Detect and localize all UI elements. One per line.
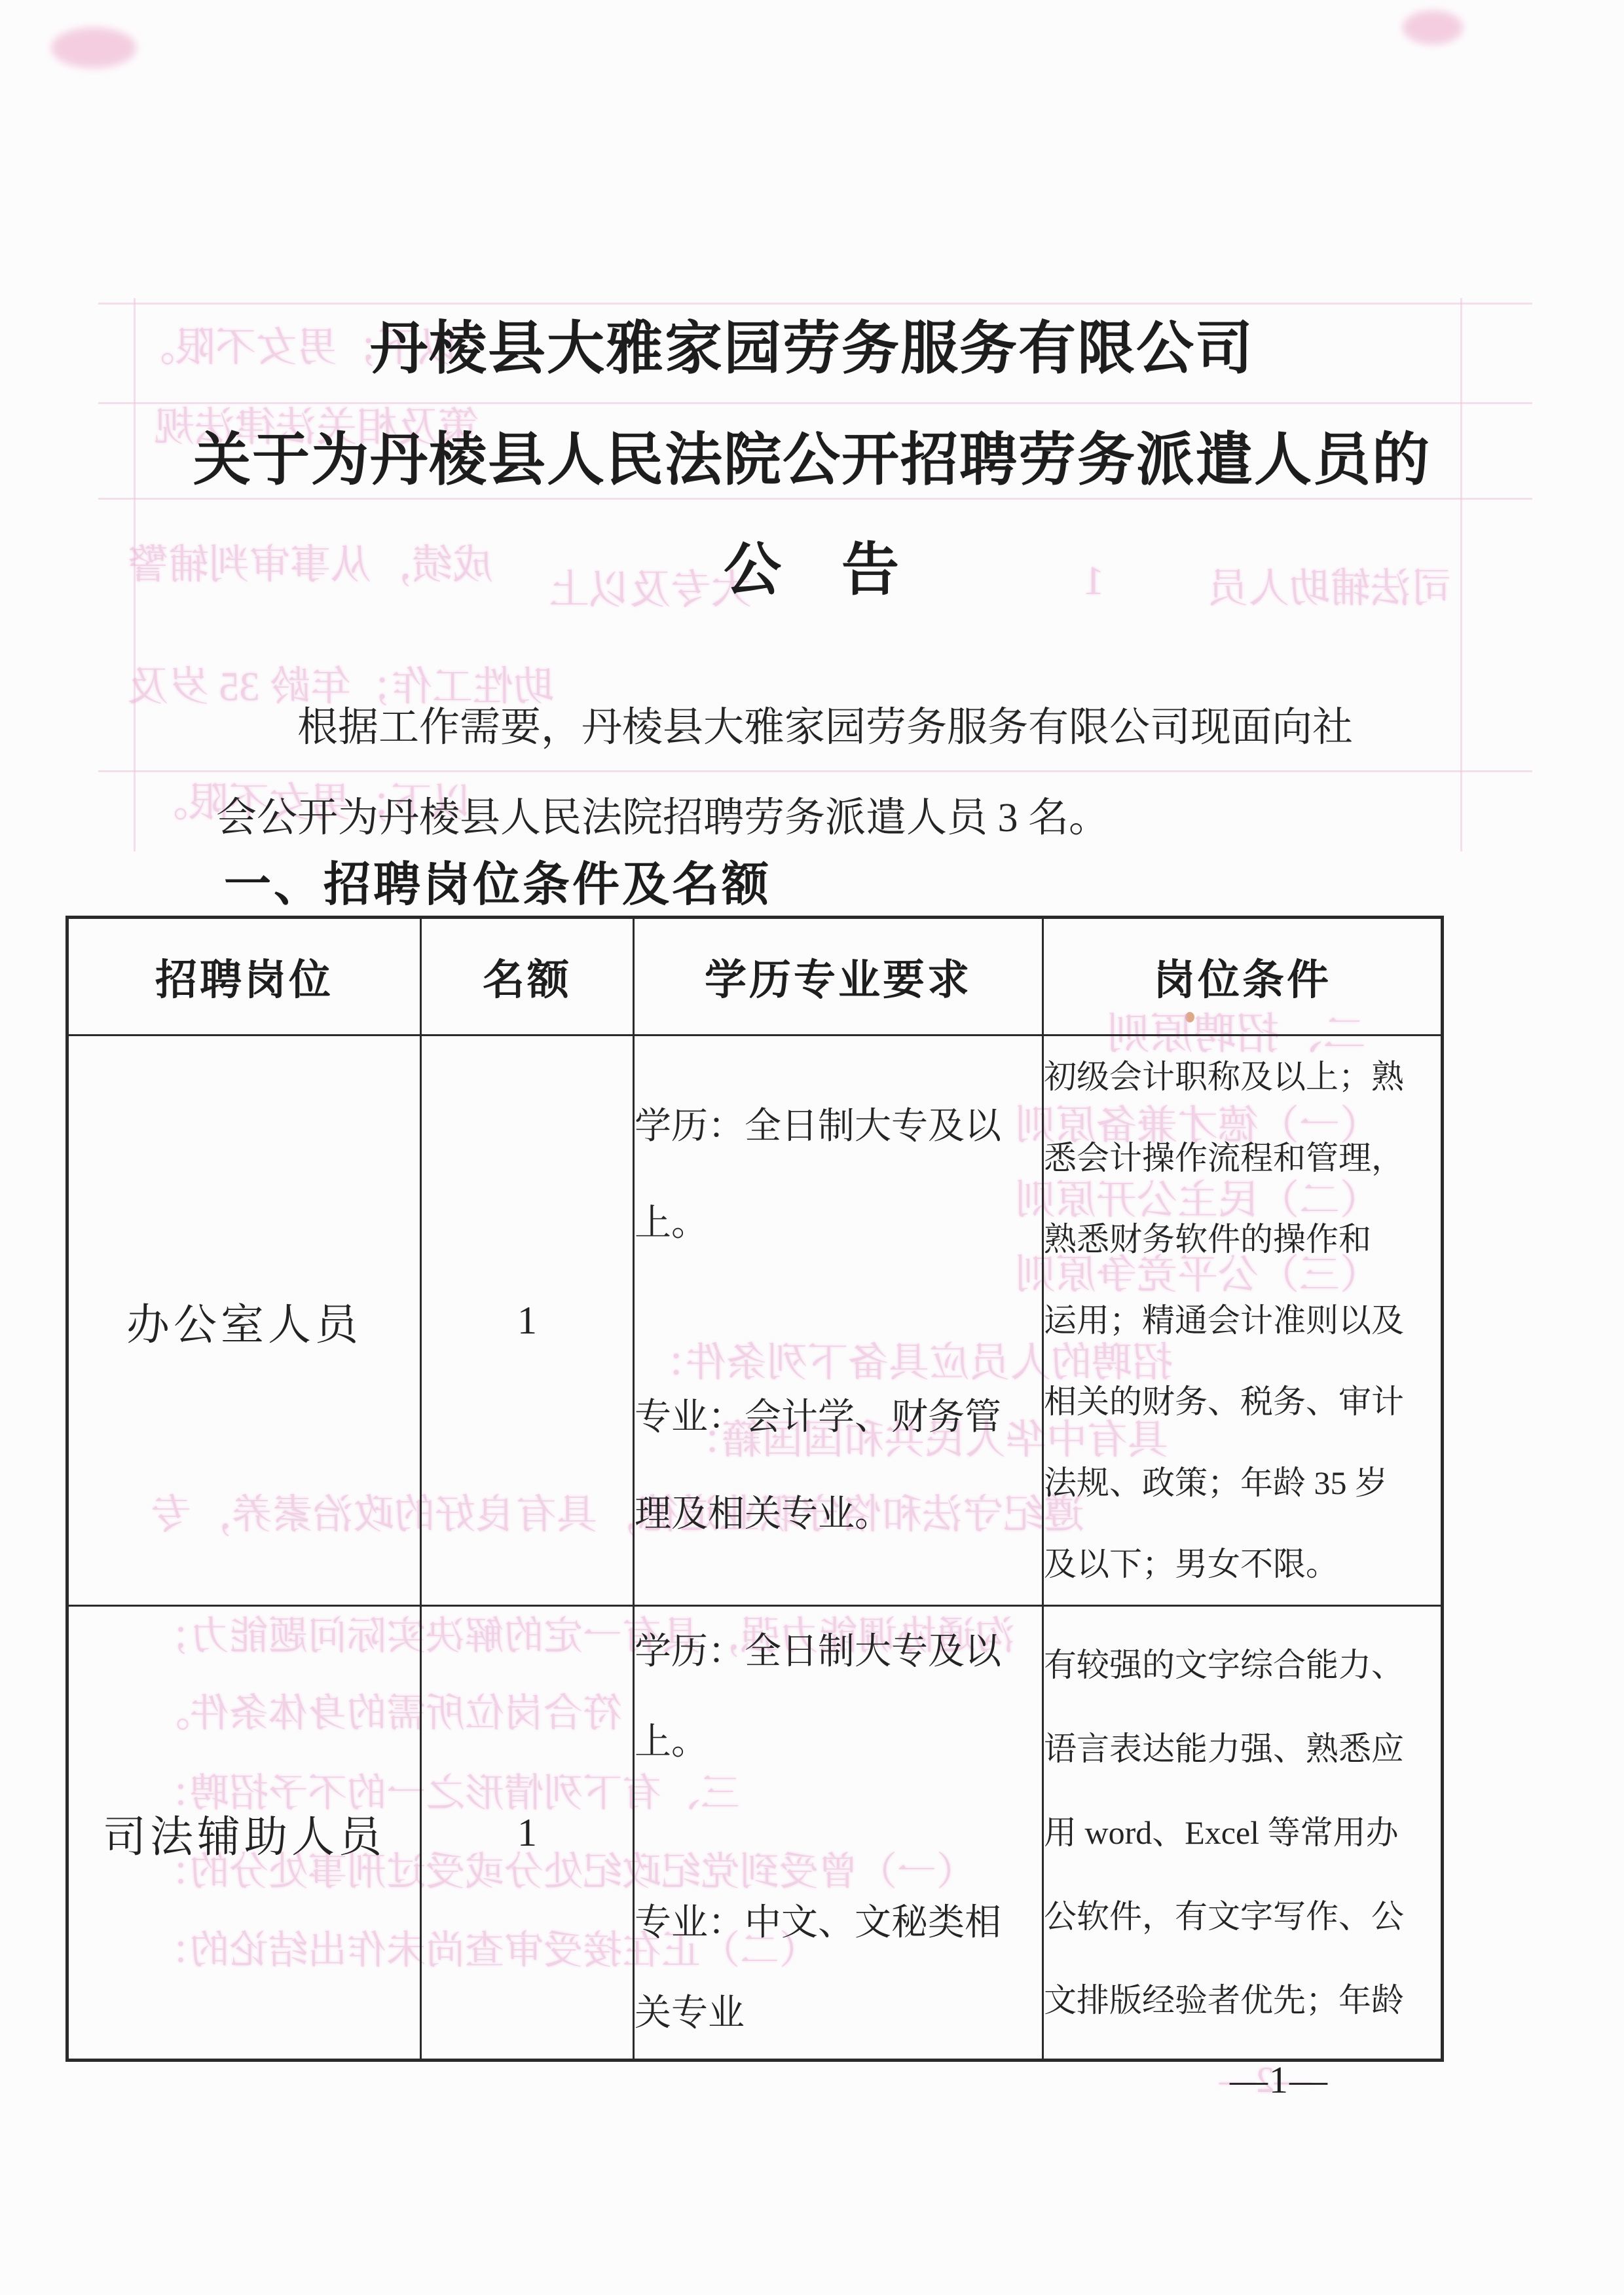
column-header-post: 招聘岗位 (67, 918, 421, 1036)
document-title-line-2: 关于为丹棱县人民法院公开招聘劳务派遣人员的 (0, 414, 1624, 496)
education-text: 学历：全日制大专及以 上。 专业：会计学、财务管 理及相关专业。 (635, 1078, 1042, 1563)
education-text: 学历：全日制大专及以 上。 专业：中文、文秘类相 关专业 (635, 1607, 1042, 2059)
cell-post: 办公室人员 (67, 1036, 421, 1606)
cell-quota: 1 (421, 1606, 634, 2061)
section-heading: 一、招聘岗位条件及名额 (224, 846, 771, 914)
column-header-quota: 名额 (421, 918, 634, 1036)
scan-smudge (51, 28, 136, 68)
document-title-line-3: 公 告 (0, 524, 1624, 606)
cell-conditions: 初级会计职称及以上；熟 悉会计操作流程和管理， 熟悉财务软件的操作和 运用；精通… (1043, 1036, 1443, 1606)
cell-education: 学历：全日制大专及以 上。 专业：会计学、财务管 理及相关专业。 (634, 1036, 1043, 1606)
scanned-document-page: 以下；男女不限。 策及相关法律法规 成绩，从事审判辅警 助性工作；年龄 35 岁… (0, 0, 1624, 2295)
table-header-row: 招聘岗位 名额 学历专业要求 岗位条件 (67, 918, 1443, 1036)
positions-table: 招聘岗位 名额 学历专业要求 岗位条件 办公室人员 1 学历：全日制大专及以 上… (65, 916, 1444, 2062)
cell-education: 学历：全日制大专及以 上。 专业：中文、文秘类相 关专业 (634, 1606, 1043, 2061)
cell-quota: 1 (421, 1036, 634, 1606)
intro-paragraph-line-1: 根据工作需要，丹棱县大雅家园劳务服务有限公司现面向社 (216, 682, 1353, 773)
conditions-text: 有较强的文字综合能力、 语言表达能力强、熟悉应 用 word、Excel 等常用… (1044, 1623, 1441, 2042)
column-header-conditions: 岗位条件 (1043, 918, 1443, 1036)
bleedthrough-line (98, 498, 1532, 500)
document-title-line-1: 丹棱县大雅家园劳务服务有限公司 (0, 303, 1624, 385)
scan-smudge (1403, 10, 1463, 45)
page-number: —1— (1230, 2058, 1329, 2102)
conditions-text: 初级会计职称及以上；熟 悉会计操作流程和管理， 熟悉财务软件的操作和 运用；精通… (1044, 1036, 1441, 1605)
cell-post: 司法辅助人员 (67, 1606, 421, 2061)
table-row: 办公室人员 1 学历：全日制大专及以 上。 专业：会计学、财务管 理及相关专业。… (67, 1036, 1443, 1606)
cell-conditions: 有较强的文字综合能力、 语言表达能力强、熟悉应 用 word、Excel 等常用… (1043, 1606, 1443, 2061)
table-row: 司法辅助人员 1 学历：全日制大专及以 上。 专业：中文、文秘类相 关专业 有较… (67, 1606, 1443, 2061)
column-header-education: 学历专业要求 (634, 918, 1043, 1036)
